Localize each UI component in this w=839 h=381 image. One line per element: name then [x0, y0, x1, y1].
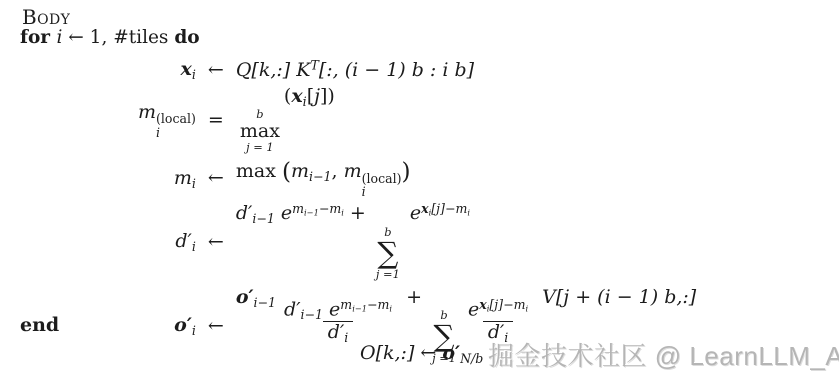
math-token: (local): [156, 111, 196, 126]
math-token: mi−1−mi: [292, 201, 344, 216]
equations-block: xi ← Q[k,:] KT[:, (i − 1) b : i b] m(loc…: [138, 58, 696, 365]
math-token: i: [362, 184, 366, 199]
math-token: i: [192, 175, 196, 190]
equation-1-rhs: Q[k,:] KT[:, (i − 1) b : i b]: [236, 59, 474, 81]
math-token: xi[j]−mi: [421, 201, 470, 216]
math-token: (: [282, 158, 291, 185]
math-token: [:, (i − 1) b : i b]: [319, 59, 474, 81]
math-token: i: [344, 330, 348, 345]
math-token: i−1: [252, 211, 274, 226]
math-token: e: [275, 202, 292, 224]
math-token: −m: [367, 297, 389, 312]
math-token: Q[k,:] K: [236, 59, 311, 81]
math-token: i: [389, 303, 392, 313]
math-token: i: [192, 323, 196, 338]
math-token: i: [192, 175, 196, 190]
math-token: i−1: [304, 208, 319, 218]
math-token: j = 1: [246, 140, 274, 154]
math-token: O[k,:]: [360, 342, 420, 364]
math-token: i: [192, 239, 196, 254]
math-token: d′: [284, 298, 300, 320]
math-token: m: [291, 160, 309, 182]
math-token: x: [181, 58, 192, 80]
math-token: m: [138, 101, 156, 123]
math-token: i−1: [309, 169, 331, 184]
watermark-text: 掘金技术社区 @ LearnLLM_AI: [488, 336, 839, 373]
math-token: i−1: [252, 211, 274, 226]
equation-2-lhs: m(local)i: [138, 101, 196, 139]
math-token: i: [525, 303, 528, 313]
paper-snippet: Body for i ← 1, #tiles do xi ← Q[k,:] KT…: [0, 0, 839, 381]
math-token: +: [344, 202, 372, 224]
math-token: d′: [328, 321, 344, 343]
equation-1-operator: ←: [208, 59, 224, 81]
math-token: e: [323, 298, 340, 320]
math-token: m: [292, 201, 304, 216]
math-token: N/b: [460, 351, 483, 366]
math-token: ←: [420, 342, 442, 364]
math-token: e: [468, 298, 479, 320]
math-token: i: [156, 125, 160, 140]
math-token: b∑j =1: [376, 226, 400, 282]
equation-1-lhs: xi: [181, 58, 196, 81]
math-token: ): [401, 158, 410, 185]
math-token: i−1: [301, 307, 323, 322]
equation-3-operator: ←: [208, 167, 224, 189]
end-keyword: end: [20, 314, 59, 336]
math-token: (local)i: [362, 172, 402, 198]
equation-3-rhs: max (mi−1, m(local)i): [236, 158, 411, 198]
math-token: i: [389, 303, 392, 313]
math-token: i−1: [352, 303, 367, 313]
math-token: i−1: [352, 303, 367, 313]
math-token: +: [400, 286, 428, 308]
math-token: x: [421, 201, 428, 216]
math-token: [j]−m: [489, 297, 525, 312]
equation-2-rhs: bmaxj = 1(xi[j]): [236, 85, 335, 154]
math-token: d′: [236, 202, 252, 224]
math-token: i−1: [254, 295, 276, 310]
equation-4-operator: ←: [208, 231, 224, 253]
math-token: T: [310, 57, 318, 72]
math-token: i: [192, 67, 196, 82]
math-token: [: [307, 85, 314, 107]
math-token: ,: [332, 160, 344, 182]
math-token: i: [192, 323, 196, 338]
math-token: i−1: [254, 295, 276, 310]
math-token: mi−1−mi: [340, 297, 392, 312]
math-token: −m: [319, 201, 341, 216]
math-token: bmaxj = 1: [240, 108, 280, 154]
equation-4-lhs: d′i: [175, 230, 196, 253]
math-token: x: [291, 85, 302, 107]
math-token: V[j + (i − 1) b,:]: [536, 286, 696, 308]
math-token: i−1: [309, 169, 331, 184]
math-token: m: [174, 167, 192, 189]
math-token: T: [310, 57, 318, 72]
math-token: i: [467, 208, 470, 218]
math-token: m: [340, 297, 352, 312]
math-token: e: [404, 202, 421, 224]
math-token: d′: [175, 230, 191, 252]
math-token: max: [236, 160, 282, 182]
equation-3-lhs: mi: [174, 167, 196, 190]
math-token: x: [479, 297, 486, 312]
math-token: [j]−m: [431, 201, 467, 216]
math-token: for: [20, 27, 57, 48]
math-token: do: [174, 27, 199, 48]
math-token: d′i−1 emi−1−mid′i: [279, 299, 397, 345]
equation-5-operator: ←: [208, 315, 224, 337]
math-token: i: [344, 330, 348, 345]
math-token: (local)i: [156, 112, 196, 138]
math-token: i: [192, 239, 196, 254]
math-token: ]): [320, 85, 335, 107]
math-token: (local): [362, 171, 402, 186]
math-token: i−1: [301, 307, 323, 322]
math-token: m: [344, 160, 362, 182]
equation-2-operator: =: [208, 109, 224, 131]
math-token: o′: [174, 314, 192, 336]
math-token: xi[j]−mi: [479, 297, 528, 312]
math-token: o′: [236, 286, 254, 308]
math-token: N/b: [460, 351, 483, 366]
math-token: ← 1, #tiles: [62, 27, 174, 48]
math-token: o′: [442, 342, 460, 364]
equation-5-lhs: o′i: [174, 314, 196, 337]
math-token: i: [192, 67, 196, 82]
math-token: i: [467, 208, 470, 218]
math-token: i: [525, 303, 528, 313]
equation-4-rhs: d′i−1 emi−1−mi + b∑j =1 exi[j]−mi: [236, 202, 470, 281]
math-token: j =1: [376, 267, 400, 281]
final-assignment: O[k,:] ← o′N/b: [360, 342, 483, 365]
math-token: i−1: [304, 208, 319, 218]
for-statement: for i ← 1, #tiles do: [20, 27, 200, 48]
section-title: Body: [22, 5, 70, 29]
